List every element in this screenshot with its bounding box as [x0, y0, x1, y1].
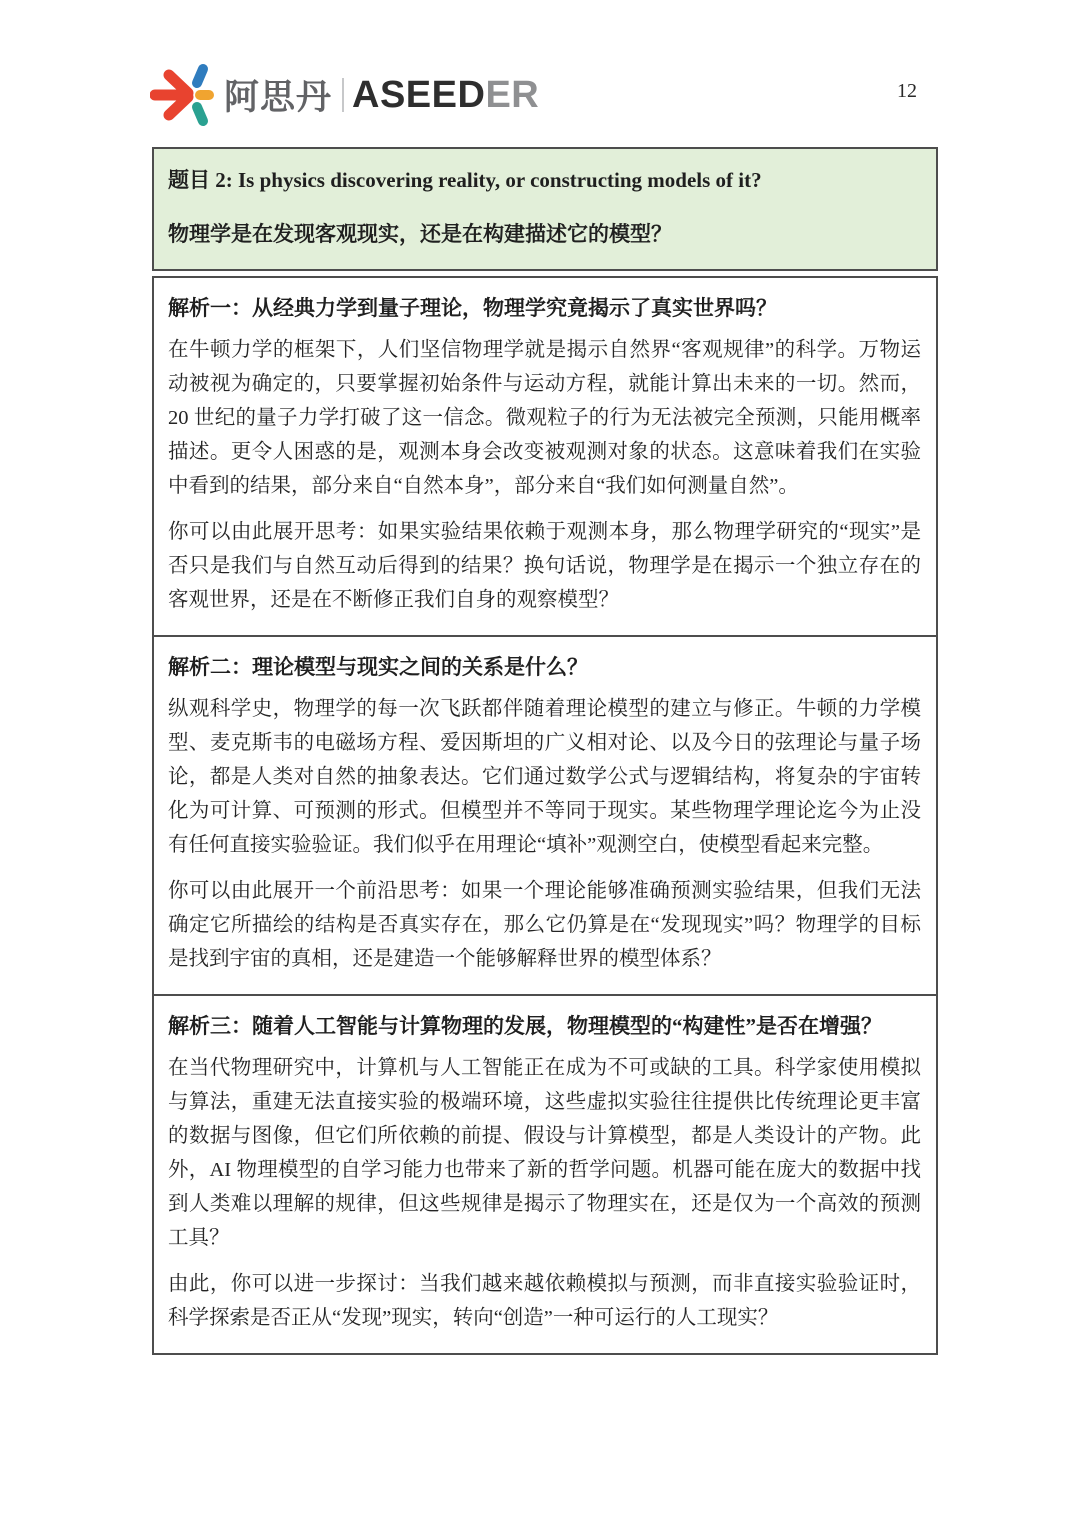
analysis-section-2: 解析二：理论模型与现实之间的关系是什么？ 纵观科学史，物理学的每一次飞跃都伴随着…: [154, 635, 936, 994]
logo-separator: [342, 78, 344, 112]
question-title-box: 题目 2: Is physics discovering reality, or…: [152, 147, 938, 271]
section-1-paragraph-1: 在牛顿力学的框架下，人们坚信物理学就是揭示自然界“客观规律”的科学。万物运动被视…: [168, 333, 921, 503]
logo-latin-gray: ER: [485, 74, 539, 116]
section-3-heading: 解析三：随着人工智能与计算物理的发展，物理模型的“构建性”是否在增强？: [168, 1010, 921, 1042]
section-1-paragraph-2: 你可以由此展开思考：如果实验结果依赖于观测本身，那么物理学研究的“现实”是否只是…: [168, 515, 921, 617]
section-3-paragraph-2: 由此，你可以进一步探讨：当我们越来越依赖模拟与预测，而非直接实验验证时，科学探索…: [168, 1267, 921, 1335]
asdan-burst-icon: [150, 62, 214, 128]
analysis-section-3: 解析三：随着人工智能与计算物理的发展，物理模型的“构建性”是否在增强？ 在当代物…: [154, 994, 936, 1353]
page-header: 阿思丹 ASEEDER 12: [0, 0, 1080, 140]
analysis-table: 解析一：从经典力学到量子理论，物理学究竟揭示了真实世界吗？ 在牛顿力学的框架下，…: [152, 276, 938, 1355]
section-2-heading: 解析二：理论模型与现实之间的关系是什么？: [168, 651, 921, 683]
aseeder-logo: 阿思丹 ASEEDER: [150, 62, 539, 128]
section-2-paragraph-1: 纵观科学史，物理学的每一次飞跃都伴随着理论模型的建立与修正。牛顿的力学模型、麦克…: [168, 692, 921, 862]
question-title-zh: 物理学是在发现客观现实，还是在构建描述它的模型？: [168, 219, 920, 249]
logo-cjk-text: 阿思丹: [224, 70, 332, 120]
section-3-paragraph-1: 在当代物理研究中，计算机与人工智能正在成为不可或缺的工具。科学家使用模拟与算法，…: [168, 1051, 921, 1255]
page-number: 12: [897, 80, 917, 103]
logo-latin-text: ASEEDER: [352, 74, 539, 117]
document-body: 题目 2: Is physics discovering reality, or…: [152, 147, 938, 1355]
logo-latin-dark: ASEED: [352, 74, 485, 116]
section-1-heading: 解析一：从经典力学到量子理论，物理学究竟揭示了真实世界吗？: [168, 292, 921, 324]
analysis-section-1: 解析一：从经典力学到量子理论，物理学究竟揭示了真实世界吗？ 在牛顿力学的框架下，…: [154, 278, 936, 635]
question-title-en: 题目 2: Is physics discovering reality, or…: [168, 165, 920, 195]
section-2-paragraph-2: 你可以由此展开一个前沿思考：如果一个理论能够准确预测实验结果，但我们无法确定它所…: [168, 874, 921, 976]
document-page: 阿思丹 ASEEDER 12 题目 2: Is physics discover…: [0, 0, 1080, 1527]
